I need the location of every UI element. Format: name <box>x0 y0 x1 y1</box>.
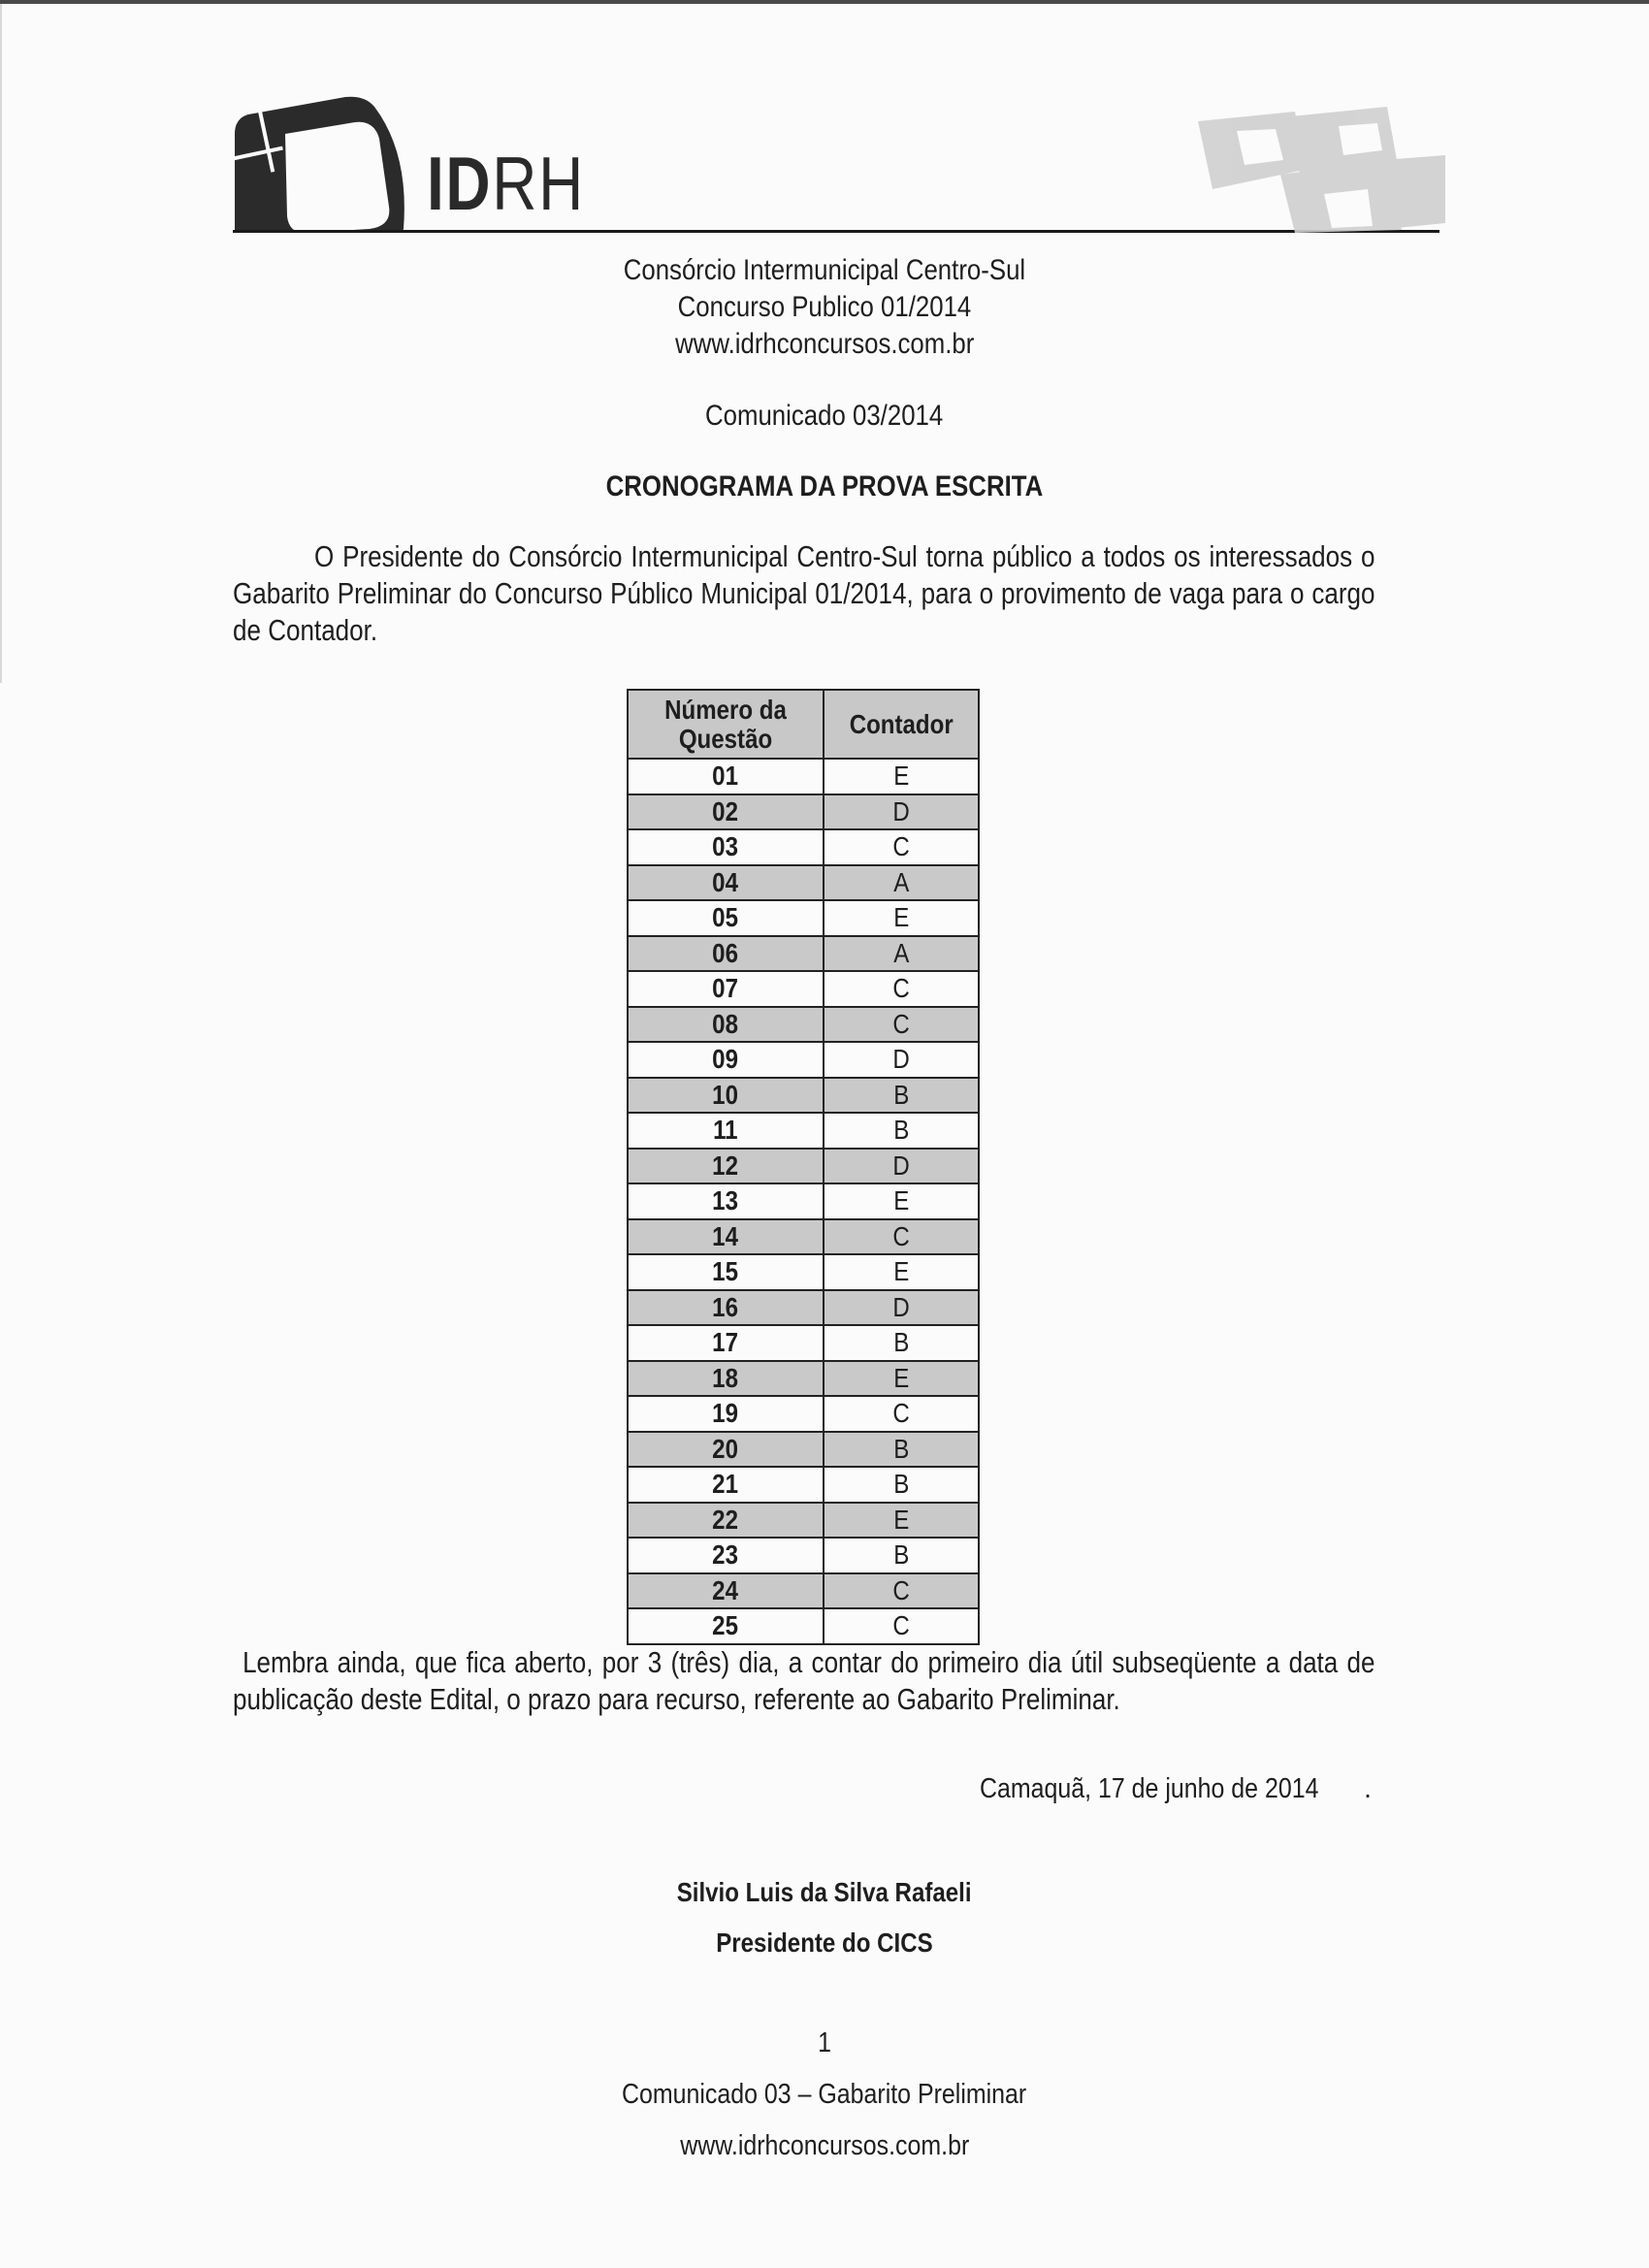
answer-letter: E <box>824 1503 979 1539</box>
org-name: Consórcio Intermunicipal Centro-Sul <box>0 252 1649 289</box>
question-number: 15 <box>628 1254 824 1290</box>
answer-letter: E <box>824 1254 979 1290</box>
question-number: 25 <box>628 1608 824 1644</box>
answer-letter: D <box>824 1042 979 1078</box>
answer-letter: C <box>824 971 979 1007</box>
answer-letter: C <box>824 1396 979 1432</box>
table-row: 19C <box>628 1396 979 1432</box>
answer-letter: E <box>824 1361 979 1397</box>
notice-number: Comunicado 03/2014 <box>0 398 1649 435</box>
table-row: 09D <box>628 1042 979 1078</box>
contest-name: Concurso Publico 01/2014 <box>0 289 1649 326</box>
table-row: 18E <box>628 1361 979 1397</box>
question-number: 12 <box>628 1149 824 1184</box>
question-number: 06 <box>628 936 824 972</box>
answer-letter: C <box>824 1573 979 1609</box>
question-number: 02 <box>628 794 824 830</box>
table-row: 14C <box>628 1219 979 1255</box>
answer-letter: E <box>824 1183 979 1219</box>
table-row: 15E <box>628 1254 979 1290</box>
question-number: 05 <box>628 900 824 936</box>
interlocking-squares-pattern-icon <box>1179 102 1445 233</box>
table-row: 08C <box>628 1007 979 1043</box>
question-number: 20 <box>628 1432 824 1468</box>
logo-wordmark: IDRH <box>427 146 585 221</box>
answer-letter: A <box>824 936 979 972</box>
column-header-question: Número da Questão <box>628 690 824 759</box>
column-header-contador: Contador <box>824 690 979 759</box>
question-number: 21 <box>628 1467 824 1503</box>
table-row: 10B <box>628 1078 979 1114</box>
question-number: 08 <box>628 1007 824 1043</box>
table-row: 23B <box>628 1538 979 1573</box>
table-row: 12D <box>628 1149 979 1184</box>
place-date: Camaquã, 17 de junho de 2014 <box>980 1773 1374 1805</box>
answer-letter: D <box>824 794 979 830</box>
answer-letter: D <box>824 1149 979 1184</box>
answer-letter: A <box>824 865 979 901</box>
table-row: 24C <box>628 1573 979 1609</box>
question-number: 14 <box>628 1219 824 1255</box>
table-row: 20B <box>628 1432 979 1468</box>
question-number: 16 <box>628 1290 824 1326</box>
question-number: 10 <box>628 1078 824 1114</box>
trailing-mark: . <box>1364 1773 1372 1805</box>
question-number: 09 <box>628 1042 824 1078</box>
page-number: 1 <box>0 2027 1649 2059</box>
question-number: 18 <box>628 1361 824 1397</box>
table-row: 04A <box>628 865 979 901</box>
question-number: 24 <box>628 1573 824 1609</box>
signatory-name: Silvio Luis da Silva Rafaeli <box>0 1877 1649 1908</box>
footer-website-link[interactable]: www.idrhconcursos.com.br <box>0 2130 1649 2162</box>
answer-key-table: Número da Questão Contador 01E02D03C04A0… <box>627 689 980 1645</box>
answer-letter: D <box>824 1290 979 1326</box>
answer-letter: B <box>824 1538 979 1573</box>
idrh-logo-icon <box>229 95 418 233</box>
answer-letter: B <box>824 1432 979 1468</box>
table-row: 16D <box>628 1290 979 1326</box>
table-row: 01E <box>628 759 979 794</box>
footer-document-label: Comunicado 03 – Gabarito Preliminar <box>0 2079 1649 2111</box>
logo-text-id: ID <box>427 141 492 226</box>
document-title: CRONOGRAMA DA PROVA ESCRITA <box>0 470 1649 503</box>
answer-letter: B <box>824 1467 979 1503</box>
question-number: 17 <box>628 1325 824 1361</box>
question-number: 13 <box>628 1183 824 1219</box>
table-row: 02D <box>628 794 979 830</box>
answer-letter: C <box>824 1007 979 1043</box>
table-row: 25C <box>628 1608 979 1644</box>
table-row: 05E <box>628 900 979 936</box>
question-number: 23 <box>628 1538 824 1573</box>
table-row: 22E <box>628 1503 979 1539</box>
answer-letter: B <box>824 1325 979 1361</box>
intro-paragraph: O Presidente do Consórcio Intermunicipal… <box>233 538 1375 649</box>
signatory-role: Presidente do CICS <box>0 1928 1649 1959</box>
question-number: 04 <box>628 865 824 901</box>
question-number: 11 <box>628 1113 824 1149</box>
scan-edge <box>0 0 1649 4</box>
answer-letter: B <box>824 1078 979 1114</box>
table-row: 06A <box>628 936 979 972</box>
question-number: 07 <box>628 971 824 1007</box>
header-website-link[interactable]: www.idrhconcursos.com.br <box>0 326 1649 363</box>
table-row: 21B <box>628 1467 979 1503</box>
answer-letter: C <box>824 1608 979 1644</box>
table-header-row: Número da Questão Contador <box>628 690 979 759</box>
question-number: 01 <box>628 759 824 794</box>
table-row: 11B <box>628 1113 979 1149</box>
table-row: 07C <box>628 971 979 1007</box>
table-row: 13E <box>628 1183 979 1219</box>
table-row: 03C <box>628 829 979 865</box>
question-number: 22 <box>628 1503 824 1539</box>
answer-letter: E <box>824 900 979 936</box>
answer-letter: B <box>824 1113 979 1149</box>
table-row: 17B <box>628 1325 979 1361</box>
question-number: 03 <box>628 829 824 865</box>
closing-paragraph: Lembra ainda, que fica aberto, por 3 (tr… <box>233 1644 1375 1718</box>
answer-letter: C <box>824 1219 979 1255</box>
question-number: 19 <box>628 1396 824 1432</box>
answer-letter: C <box>824 829 979 865</box>
logo-text-rh: RH <box>492 141 585 226</box>
answer-letter: E <box>824 759 979 794</box>
